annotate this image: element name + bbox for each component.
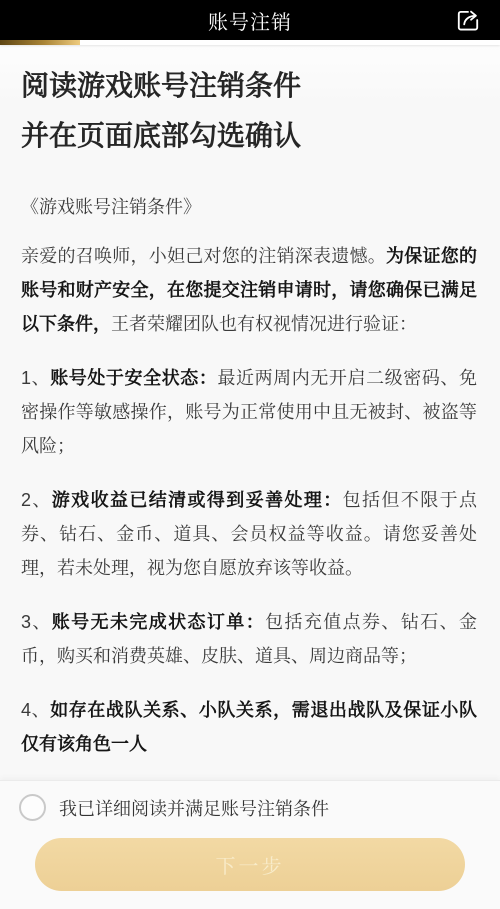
agree-checkbox-label[interactable]: 我已详细阅读并满足账号注销条件 bbox=[59, 795, 329, 821]
intro-normal-end: 王者荣耀团队也有权视情况进行验证： bbox=[111, 314, 417, 334]
progress-fill bbox=[0, 40, 80, 45]
item-bold: 游戏收益已结清或得到妥善处理： bbox=[52, 490, 343, 510]
item-num: 1、 bbox=[21, 368, 50, 388]
heading-line-2: 并在页面底部勾选确认 bbox=[21, 111, 477, 161]
intro-paragraph: 亲爱的召唤师，小妲己对您的注销深表遗憾。为保证您的账号和财产安全，在您提交注销申… bbox=[21, 239, 477, 341]
next-step-button[interactable]: 下一步 bbox=[35, 838, 465, 891]
item-bold: 账号处于安全状态： bbox=[50, 368, 217, 388]
page-heading: 阅读游戏账号注销条件 并在页面底部勾选确认 bbox=[21, 61, 477, 161]
item-num: 3、 bbox=[21, 612, 52, 632]
intro-normal-start: 亲爱的召唤师，小妲己对您的注销深表遗憾。 bbox=[21, 246, 386, 266]
loading-progress-track bbox=[0, 40, 500, 45]
share-button[interactable] bbox=[452, 4, 484, 36]
share-icon bbox=[455, 7, 481, 33]
item-num: 4、 bbox=[21, 700, 50, 720]
bottom-action-bar: 我已详细阅读并满足账号注销条件 下一步 bbox=[0, 780, 500, 909]
scroll-content[interactable]: 阅读游戏账号注销条件 并在页面底部勾选确认 《游戏账号注销条件》 亲爱的召唤师，… bbox=[0, 45, 500, 780]
condition-item-4: 4、如存在战队关系、小队关系，需退出战队及保证小队仅有该角色一人 bbox=[21, 693, 477, 761]
nav-bar: 账号注销 bbox=[0, 0, 500, 40]
page-title: 账号注销 bbox=[208, 6, 292, 35]
agree-row[interactable]: 我已详细阅读并满足账号注销条件 bbox=[0, 781, 500, 821]
item-bold: 如存在战队关系、小队关系，需退出战队及保证小队仅有该角色一人 bbox=[21, 700, 477, 754]
condition-item-1: 1、账号处于安全状态：最近两周内无开启二级密码、免密操作等敏感操作，账号为正常使… bbox=[21, 361, 477, 463]
item-bold: 账号无未完成状态订单： bbox=[52, 612, 265, 632]
agree-checkbox[interactable] bbox=[19, 794, 46, 821]
condition-item-3: 3、账号无未完成状态订单：包括充值点券、钻石、金币，购买和消费英雄、皮肤、道具、… bbox=[21, 605, 477, 673]
condition-item-2: 2、游戏收益已结清或得到妥善处理：包括但不限于点券、钻石、金币、道具、会员权益等… bbox=[21, 483, 477, 585]
doc-title: 《游戏账号注销条件》 bbox=[21, 195, 477, 219]
heading-line-1: 阅读游戏账号注销条件 bbox=[21, 61, 477, 111]
item-num: 2、 bbox=[21, 490, 52, 510]
